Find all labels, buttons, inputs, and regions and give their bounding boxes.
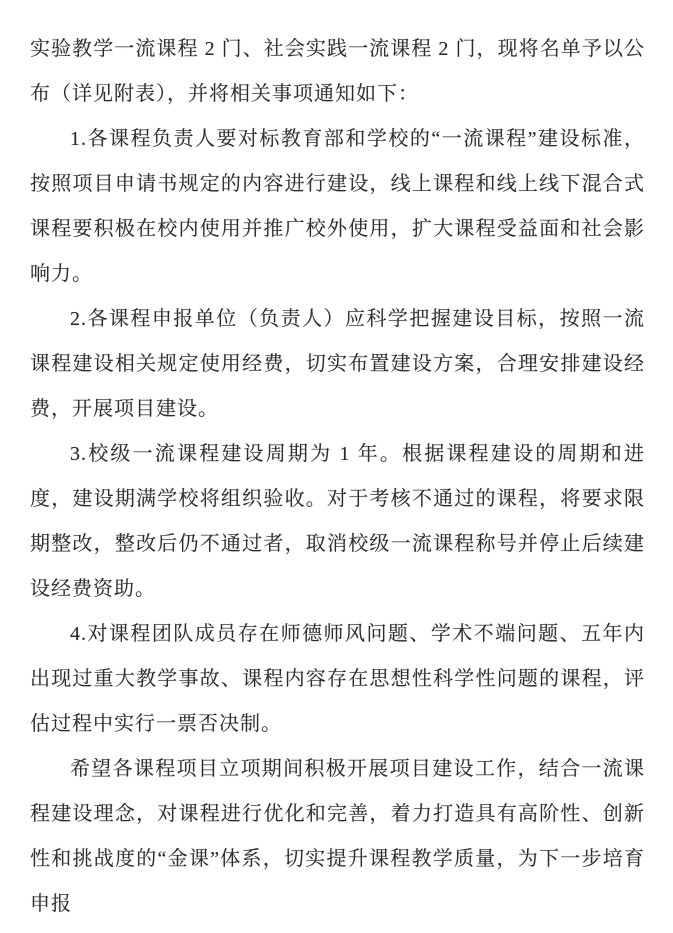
paragraph-item-1: 1.各课程负责人要对标教育部和学校的“一流课程”建设标准，按照项目申请书规定的内… bbox=[30, 117, 645, 297]
paragraph-item-2: 2.各课程申报单位（负责人）应科学把握建设目标，按照一流课程建设相关规定使用经费… bbox=[30, 297, 645, 432]
paragraph-item-3: 3.校级一流课程建设周期为 1 年。根据课程建设的周期和进度，建设期满学校将组织… bbox=[30, 432, 645, 612]
paragraph-closing-continuation: 希望各课程项目立项期间积极开展项目建设工作，结合一流课程建设理念，对课程进行优化… bbox=[30, 747, 645, 927]
document-page: 实验教学一流课程 2 门、社会实践一流课程 2 门，现将名单予以公布（详见附表）… bbox=[0, 0, 673, 933]
paragraph-item-4: 4.对课程团队成员存在师德师风问题、学术不端问题、五年内出现过重大教学事故、课程… bbox=[30, 612, 645, 747]
paragraph-intro-continuation: 实验教学一流课程 2 门、社会实践一流课程 2 门，现将名单予以公布（详见附表）… bbox=[30, 27, 645, 117]
